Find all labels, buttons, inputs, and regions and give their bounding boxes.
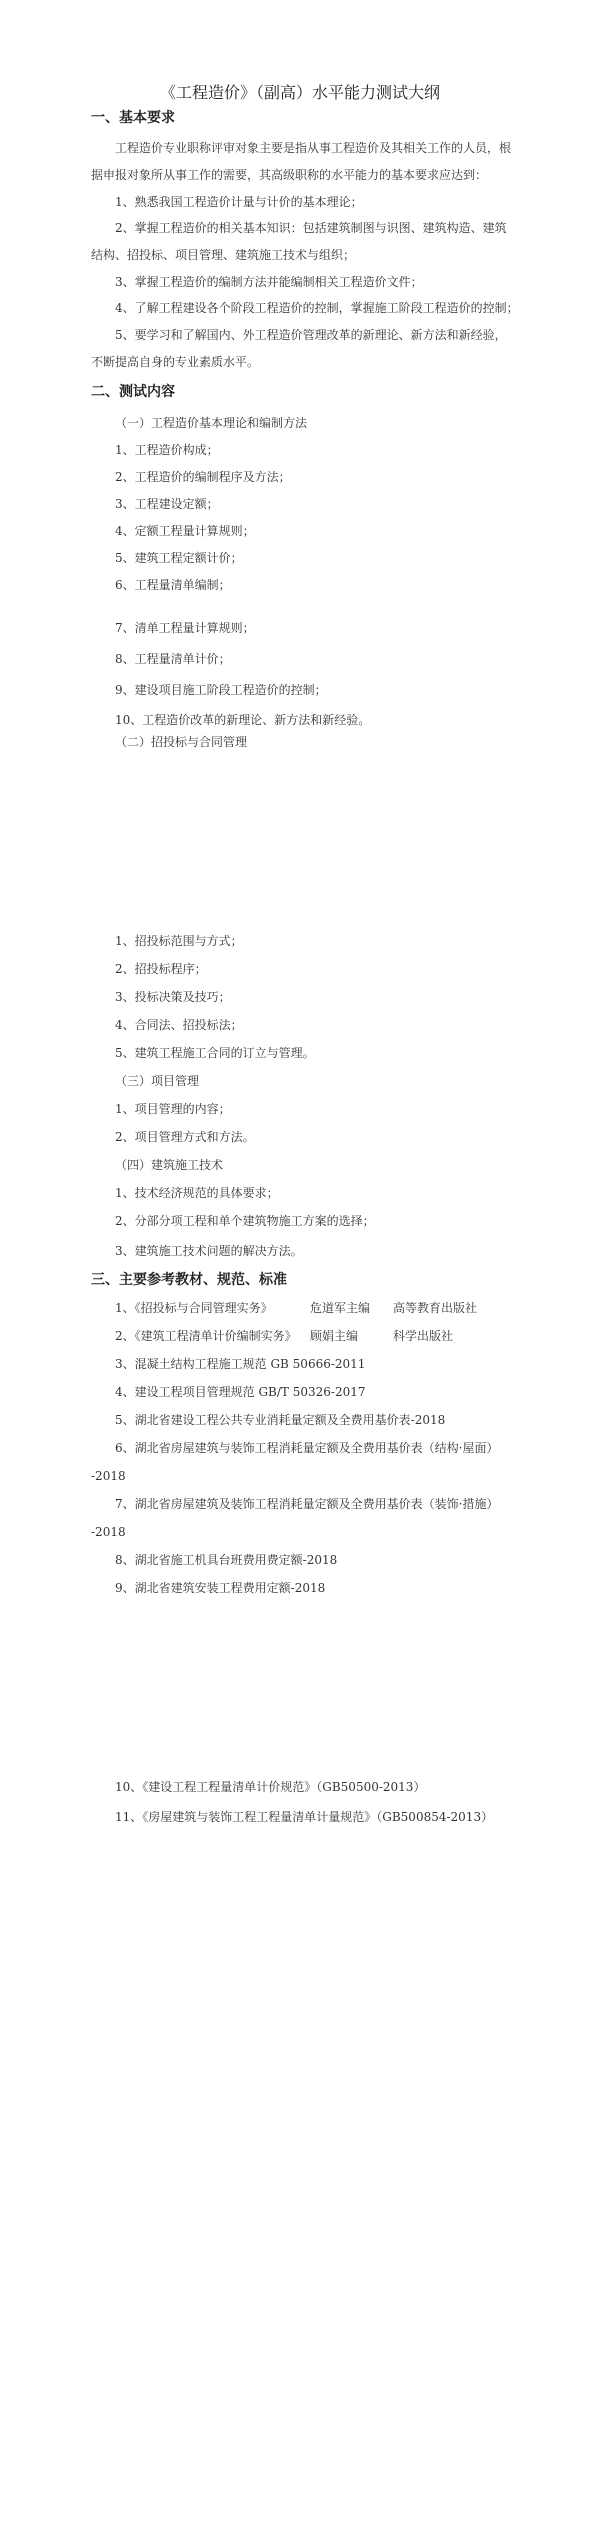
paragraph-intro: 工程造价专业职称评审对象主要是指从事工程造价及其相关工作的人员，根 [115, 140, 511, 156]
list-item: 1、工程造价构成； [115, 442, 219, 458]
subsection-title-theory: （一）工程造价基本理论和编制方法 [115, 415, 307, 431]
list-item: 2、招投标程序； [115, 961, 207, 977]
reference-item: 9、湖北省建筑安装工程费用定额-2018 [115, 1580, 325, 1596]
list-item: 6、工程量清单编制； [115, 577, 231, 593]
section-heading-basic-requirements: 一、基本要求 [91, 110, 175, 126]
list-item: 2、分部分项工程和单个建筑物施工方案的选择； [115, 1213, 375, 1229]
list-item-cont: 不断提高自身的专业素质水平。 [91, 354, 259, 370]
subsection-title-project-mgmt: （三）项目管理 [115, 1073, 199, 1089]
reference-item: 5、湖北省建设工程公共专业消耗量定额及全费用基价表-2018 [115, 1412, 445, 1428]
reference-item: 8、湖北省施工机具台班费用费定额-2018 [115, 1552, 337, 1568]
list-item: 3、投标决策及技巧； [115, 989, 231, 1005]
list-item: 4、定额工程量计算规则； [115, 523, 255, 539]
list-item: 3、建筑施工技术问题的解决方法。 [115, 1243, 303, 1259]
list-item: 3、掌握工程造价的编制方法并能编制相关工程造价文件； [115, 274, 423, 290]
reference-item-cont: -2018 [91, 1524, 126, 1540]
book-title: 1、《招投标与合同管理实务》 [115, 1301, 273, 1315]
list-item: 2、项目管理方式和方法。 [115, 1129, 255, 1145]
list-item: 1、技术经济规范的具体要求； [115, 1185, 279, 1201]
list-item-cont: 结构、招投标、项目管理、建筑施工技术与组织； [91, 247, 355, 263]
list-item: 5、要学习和了解国内、外工程造价管理改革的新理论、新方法和新经验， [115, 327, 507, 343]
list-item: 7、清单工程量计算规则； [115, 620, 255, 636]
subsection-title-bidding: （二）招投标与合同管理 [115, 734, 247, 750]
reference-item: 10、《建设工程工程量清单计价规范》（GB50500-2013） [115, 1779, 425, 1795]
list-item: 10、工程造价改革的新理论、新方法和新经验。 [115, 712, 370, 728]
page-title: 《工程造价》（副高）水平能力测试大纲 [0, 80, 600, 103]
list-item: 4、合同法、招投标法； [115, 1017, 243, 1033]
section-heading-test-content: 二、测试内容 [91, 384, 175, 400]
section-heading-references: 三、主要参考教材、规范、标准 [91, 1272, 287, 1288]
book-editor: 危道军主编 [310, 1300, 370, 1316]
list-item: 1、项目管理的内容； [115, 1101, 231, 1117]
list-item: 2、掌握工程造价的相关基本知识：包括建筑制图与识图、建筑构造、建筑 [115, 220, 507, 236]
reference-item: 11、《房屋建筑与装饰工程工程量清单计量规范》（GB500854-2013） [115, 1809, 493, 1825]
reference-item: 4、建设工程项目管理规范 GB/T 50326-2017 [115, 1384, 365, 1400]
subsection-title-construction-tech: （四）建筑施工技术 [115, 1157, 223, 1173]
book-title: 2、《建筑工程清单计价编制实务》 [115, 1329, 297, 1343]
book-editor: 顾娟主编 [310, 1328, 358, 1344]
reference-item-cont: -2018 [91, 1468, 126, 1484]
list-item: 1、熟悉我国工程造价计量与计价的基本理论； [115, 194, 363, 210]
reference-item: 7、湖北省房屋建筑及装饰工程消耗量定额及全费用基价表（装饰·措施） [115, 1496, 498, 1512]
reference-book: 2、《建筑工程清单计价编制实务》 [115, 1328, 297, 1344]
list-item: 3、工程建设定额； [115, 496, 219, 512]
list-item: 5、建筑工程定额计价； [115, 550, 243, 566]
paragraph-intro-cont: 据申报对象所从事工作的需要，其高级职称的水平能力的基本要求应达到： [91, 167, 487, 183]
reference-item: 3、混凝土结构工程施工规范 GB 50666-2011 [115, 1356, 365, 1372]
reference-item: 6、湖北省房屋建筑与装饰工程消耗量定额及全费用基价表（结构·屋面） [115, 1440, 498, 1456]
list-item: 8、工程量清单计价； [115, 651, 231, 667]
list-item: 2、工程造价的编制程序及方法； [115, 469, 291, 485]
list-item: 5、建筑工程施工合同的订立与管理。 [115, 1045, 315, 1061]
reference-book: 1、《招投标与合同管理实务》 [115, 1300, 273, 1316]
book-publisher: 高等教育出版社 [393, 1300, 477, 1316]
list-item: 9、建设项目施工阶段工程造价的控制； [115, 682, 327, 698]
list-item: 4、了解工程建设各个阶段工程造价的控制，掌握施工阶段工程造价的控制； [115, 300, 519, 316]
book-publisher: 科学出版社 [393, 1328, 453, 1344]
list-item: 1、招投标范围与方式； [115, 933, 243, 949]
